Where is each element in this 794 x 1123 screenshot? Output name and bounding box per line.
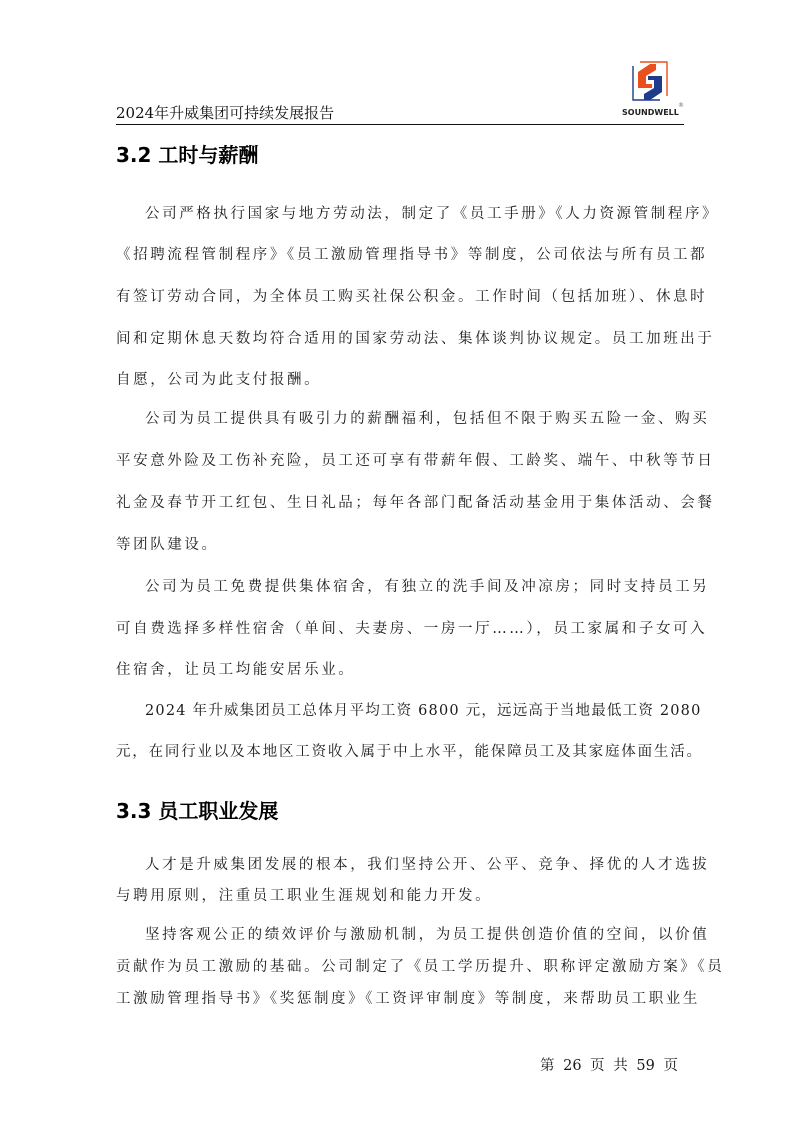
section-heading-3-2: 3.2 工时与薪酬 [116, 143, 258, 167]
paragraph-line: 坚持客观公正的绩效评价与激励机制，为员工提供创造价值的空间，以价值 [145, 925, 676, 945]
paragraph-line: 公司严格执行国家与地方劳动法，制定了《员工手册》《人力资源管制程序》 [145, 204, 676, 224]
paragraph-line: 《招聘流程管制程序》《员工激励管理指导书》等制度，公司依法与所有员工都 [116, 245, 676, 265]
soundwell-logo-icon [630, 58, 670, 106]
paragraph-line: 等团队建设。 [116, 535, 676, 555]
paragraph-line: 间和定期休息天数均符合适用的国家劳动法、集体谈判协议规定。员工加班出于 [116, 329, 676, 349]
page-number: 第 26 页 共 59 页 [540, 1056, 678, 1076]
paragraph-line: 工激励管理指导书》《奖惩制度》《工资评审制度》等制度，来帮助员工职业生 [116, 989, 676, 1009]
paragraph-line: 2024 年升威集团员工总体月平均工资 6800 元，远远高于当地最低工资 20… [145, 701, 676, 721]
paragraph-line: 公司为员工提供具有吸引力的薪酬福利，包括但不限于购买五险一金、购买 [145, 409, 676, 429]
report-title: 2024年升威集团可持续发展报告 [116, 104, 334, 122]
paragraph-line: 有签订劳动合同，为全体员工购买社保公积金。工作时间（包括加班）、休息时 [116, 287, 676, 307]
section-heading-3-3: 3.3 员工职业发展 [116, 799, 278, 823]
paragraph-line: 平安意外险及工伤补充险，员工还可享有带薪年假、工龄奖、端午、中秋等节日 [116, 451, 676, 471]
company-logo: SOUNDWELL ® [618, 58, 688, 120]
header-divider [116, 124, 684, 125]
paragraph-line: 元，在同行业以及本地区工资收入属于中上水平，能保障员工及其家庭体面生活。 [116, 742, 676, 762]
paragraph-line: 住宿舍，让员工均能安居乐业。 [116, 660, 676, 680]
paragraph-line: 礼金及春节开工红包、生日礼品；每年各部门配备活动基金用于集体活动、会餐 [116, 493, 676, 513]
paragraph-line: 可自费选择多样性宿舍（单间、夫妻房、一房一厅……），员工家属和子女可入 [116, 619, 676, 639]
paragraph-line: 自愿，公司为此支付报酬。 [116, 370, 676, 390]
document-page: 2024年升威集团可持续发展报告 SOUNDWELL ® 3.2 工时与薪酬 公… [0, 0, 794, 1123]
paragraph-line: 贡献作为员工激励的基础。公司制定了《员工学历提升、职称评定激励方案》《员 [116, 957, 676, 977]
paragraph-line: 与聘用原则，注重员工职业生涯规划和能力开发。 [116, 886, 676, 906]
paragraph-line: 人才是升威集团发展的根本，我们坚持公开、公平、竞争、择优的人才选拔 [145, 855, 676, 875]
registered-mark: ® [678, 102, 684, 109]
paragraph-line: 公司为员工免费提供集体宿舍，有独立的洗手间及冲凉房；同时支持员工另 [145, 577, 676, 597]
logo-wordmark: SOUNDWELL [622, 108, 679, 118]
